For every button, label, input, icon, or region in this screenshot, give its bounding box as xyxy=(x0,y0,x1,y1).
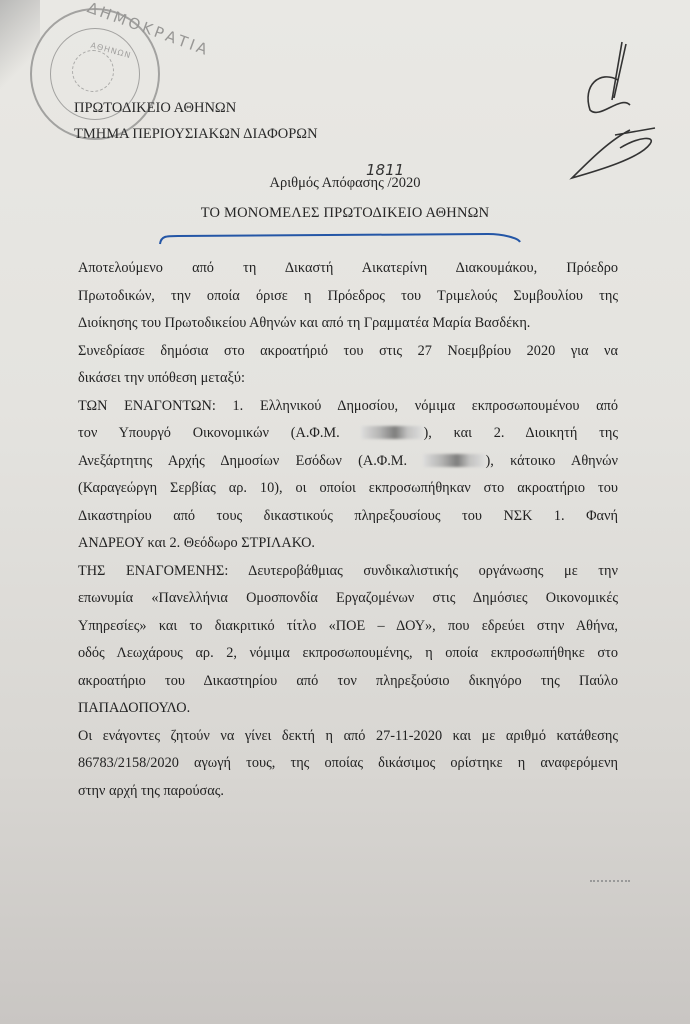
paragraph-plaintiffs: ΤΩΝ ΕΝΑΓΟΝΤΩΝ: 1. Ελληνικού Δημοσίου, νό… xyxy=(78,393,618,558)
pen-underline xyxy=(158,230,523,250)
stamp-inner-text: ΑΘΗΝΩΝ xyxy=(90,41,133,61)
decision-number: 1811 Αριθμός Απόφασης /2020 xyxy=(0,175,690,192)
paragraph-defendant: ΤΗΣ ΕΝΑΓΟΜΕΝΗΣ: Δευτεροβάθμιας συνδικαλι… xyxy=(78,558,618,723)
court-title: ΤΟ ΜΟΝΟΜΕΛΕΣ ΠΡΩΤΟΔΙΚΕΙΟ ΑΘΗΝΩΝ xyxy=(0,205,690,222)
paragraph-session: Συνεδρίασε δημόσια στο ακροατήριό του στ… xyxy=(78,338,618,393)
signature-icon xyxy=(560,40,670,190)
court-name: ΠΡΩΤΟΔΙΚΕΙΟ ΑΘΗΝΩΝ xyxy=(74,95,318,121)
redacted-tax-id xyxy=(423,454,485,467)
paragraph-composition: Αποτελούμενο από τη Δικαστή Αικατερίνη Δ… xyxy=(78,255,618,338)
court-header: ΠΡΩΤΟΔΙΚΕΙΟ ΑΘΗΝΩΝ ΤΜΗΜΑ ΠΕΡΙΟΥΣΙΑΚΩΝ ΔΙ… xyxy=(74,95,318,147)
document-page: ΔΗΜΟΚΡΑΤΙΑ ΑΘΗΝΩΝ ΠΡΩΤΟΔΙΚΕΙΟ ΑΘΗΝΩΝ ΤΜΗ… xyxy=(0,0,690,1024)
decision-body: Αποτελούμενο από τη Δικαστή Αικατερίνη Δ… xyxy=(78,255,618,805)
redacted-tax-id xyxy=(361,426,423,439)
handwritten-decision-number: 1811 xyxy=(366,161,404,179)
department-name: ΤΜΗΜΑ ΠΕΡΙΟΥΣΙΑΚΩΝ ΔΙΑΦΟΡΩΝ xyxy=(74,121,318,147)
paragraph-claim: Οι ενάγοντες ζητούν να γίνει δεκτή η από… xyxy=(78,723,618,806)
page-continuation-dots xyxy=(590,880,630,884)
